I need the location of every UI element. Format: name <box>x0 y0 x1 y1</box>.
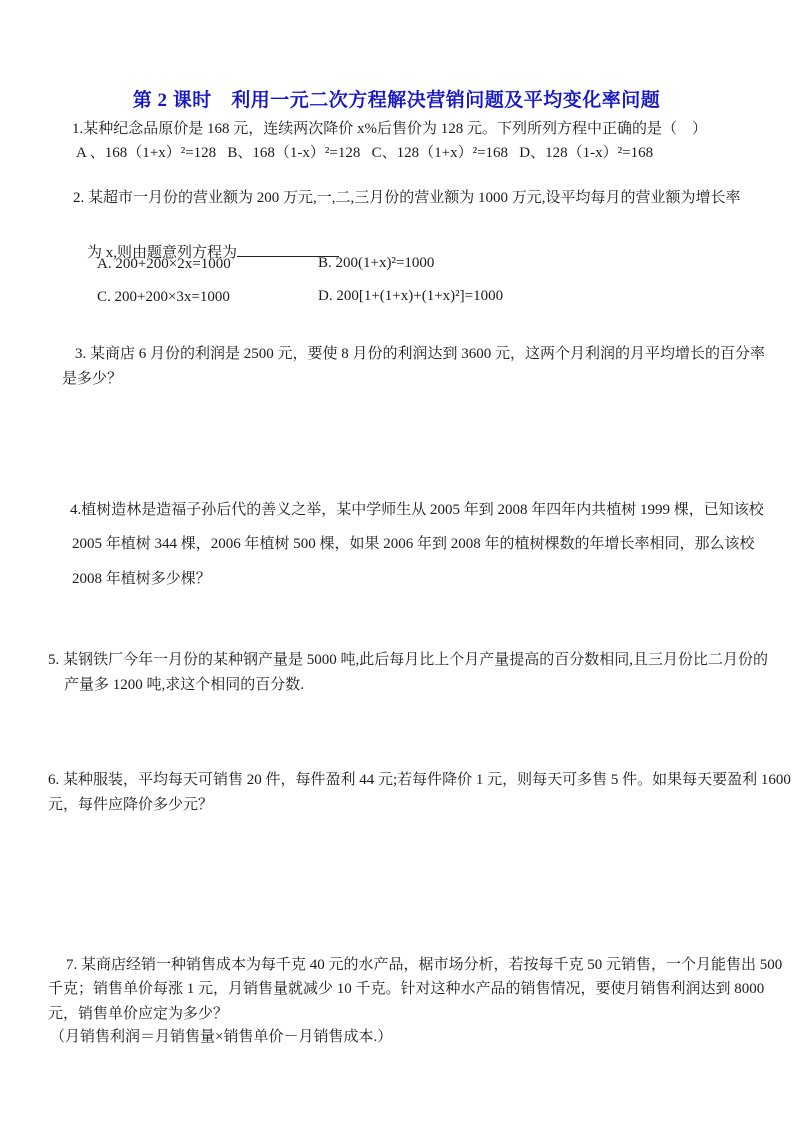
question-3-text-line1: 3. 某商店 6 月份的利润是 2500 元，要使 8 月份的利润达到 3600… <box>75 344 765 364</box>
question-2-option-c: C. 200+200×3x=1000 <box>97 287 230 307</box>
question-2-option-a: A. 200+200×2x=1000 <box>97 254 231 274</box>
question-2-option-d: D. 200[1+(1+x)+(1+x)²]=1000 <box>318 286 503 306</box>
question-6-text-line2: 元，每件应降价多少元？ <box>48 795 213 815</box>
question-3-text-line2: 是多少？ <box>62 369 122 389</box>
question-4-text-line1: 4.植树造林是造福子孙后代的善义之举，某中学师生从 2005 年到 2008 年… <box>70 500 764 520</box>
question-7-text-line1: 7. 某商店经销一种销售成本为每千克 40 元的水产品，椐市场分析，若按每千克 … <box>66 955 782 975</box>
question-7-text-line2: 千克；销售单价每涨 1 元，月销售量就减少 10 千克。针对这种水产品的销售情况… <box>48 979 764 999</box>
question-4-text-line2: 2005 年植树 344 棵，2006 年植树 500 棵，如果 2006 年到… <box>72 534 755 554</box>
question-1-options: A 、168（1+x）²=128 B、168（1-x）²=128 C、128（1… <box>76 143 653 163</box>
question-5-text-line1: 5. 某钢铁厂今年一月份的某种钢产量是 5000 吨,此后每月比上个月产量提高的… <box>48 650 768 670</box>
question-4-text-line3: 2008 年植树多少棵？ <box>72 569 211 589</box>
question-6-text-line1: 6. 某种服装，平均每天可销售 20 件，每件盈利 44 元;若每件降价 1 元… <box>48 770 791 790</box>
page-title: 第 2 课时 利用一元二次方程解决营销问题及平均变化率问题 <box>0 85 793 112</box>
question-2-text-line1: 2. 某超市一月份的营业额为 200 万元,一,二,三月份的营业额为 1000 … <box>73 188 741 208</box>
question-1-text: 1.某种纪念品原价是 168 元，连续两次降价 x%后售价为 128 元。下列所… <box>72 119 707 139</box>
question-7-text-line3: 元，销售单价应定为多少？ <box>48 1004 228 1024</box>
question-7-formula-note: （月销售利润＝月销售量×销售单价－月销售成本.） <box>50 1027 392 1047</box>
question-2-option-b: B. 200(1+x)²=1000 <box>318 253 434 273</box>
question-5-text-line2: 产量多 1200 吨,求这个相同的百分数. <box>64 675 304 695</box>
worksheet-page: 第 2 课时 利用一元二次方程解决营销问题及平均变化率问题 1.某种纪念品原价是… <box>0 0 793 1122</box>
